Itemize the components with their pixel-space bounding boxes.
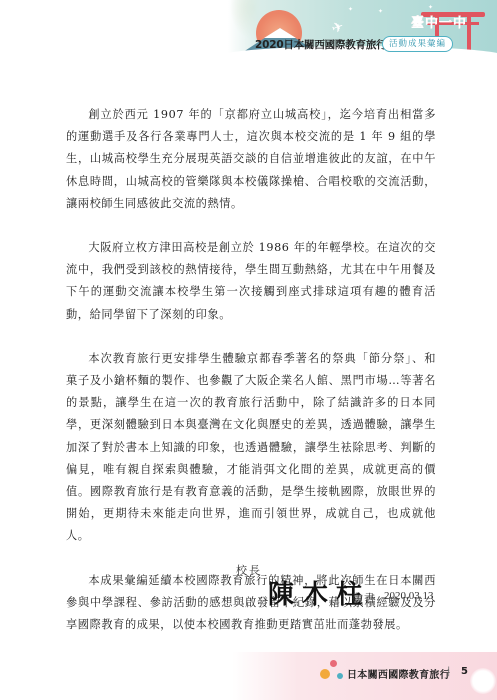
- page-number: 5: [461, 666, 468, 677]
- school-name: 臺中一中: [411, 12, 467, 31]
- paragraph: 大阪府立枚方津田高校是創立於 1986 年的年輕學校。在這次的交流中，我們受到該…: [66, 237, 436, 326]
- paragraph: 本成果彙編延續本校國際教育旅行的精神，將此次師生在日本關西參與中學課程、參訪活動…: [66, 570, 436, 637]
- signature-date: 2020.03.13: [384, 590, 434, 602]
- flower-icon: [330, 660, 337, 667]
- star-icon: ✦: [428, 4, 433, 11]
- star-icon: ✦: [378, 8, 383, 15]
- signer-title: 校長: [236, 562, 262, 578]
- paragraph: 本次教育旅行更安排學生體驗京都春季著名的祭典「節分祭」、和菓子及小鎗杯麵的製作、…: [66, 348, 436, 548]
- paragraph: 創立於西元 1907 年的「京都府立山城高校」，迄今培育出相當多的運動選手及各行…: [66, 104, 436, 215]
- publication-title: 2020日本關西國際教育旅行: [255, 37, 386, 52]
- footer-title: 日本關西國際教育旅行: [347, 666, 450, 681]
- closing-word: 敬書: [352, 590, 376, 606]
- blossom-icon: [470, 668, 496, 694]
- star-icon: ✦: [348, 6, 353, 13]
- flower-icon: [320, 669, 330, 679]
- footer-separator: |: [447, 666, 450, 677]
- flower-icon: [337, 673, 343, 679]
- subtitle-badge: 活動成果彙編: [382, 36, 453, 52]
